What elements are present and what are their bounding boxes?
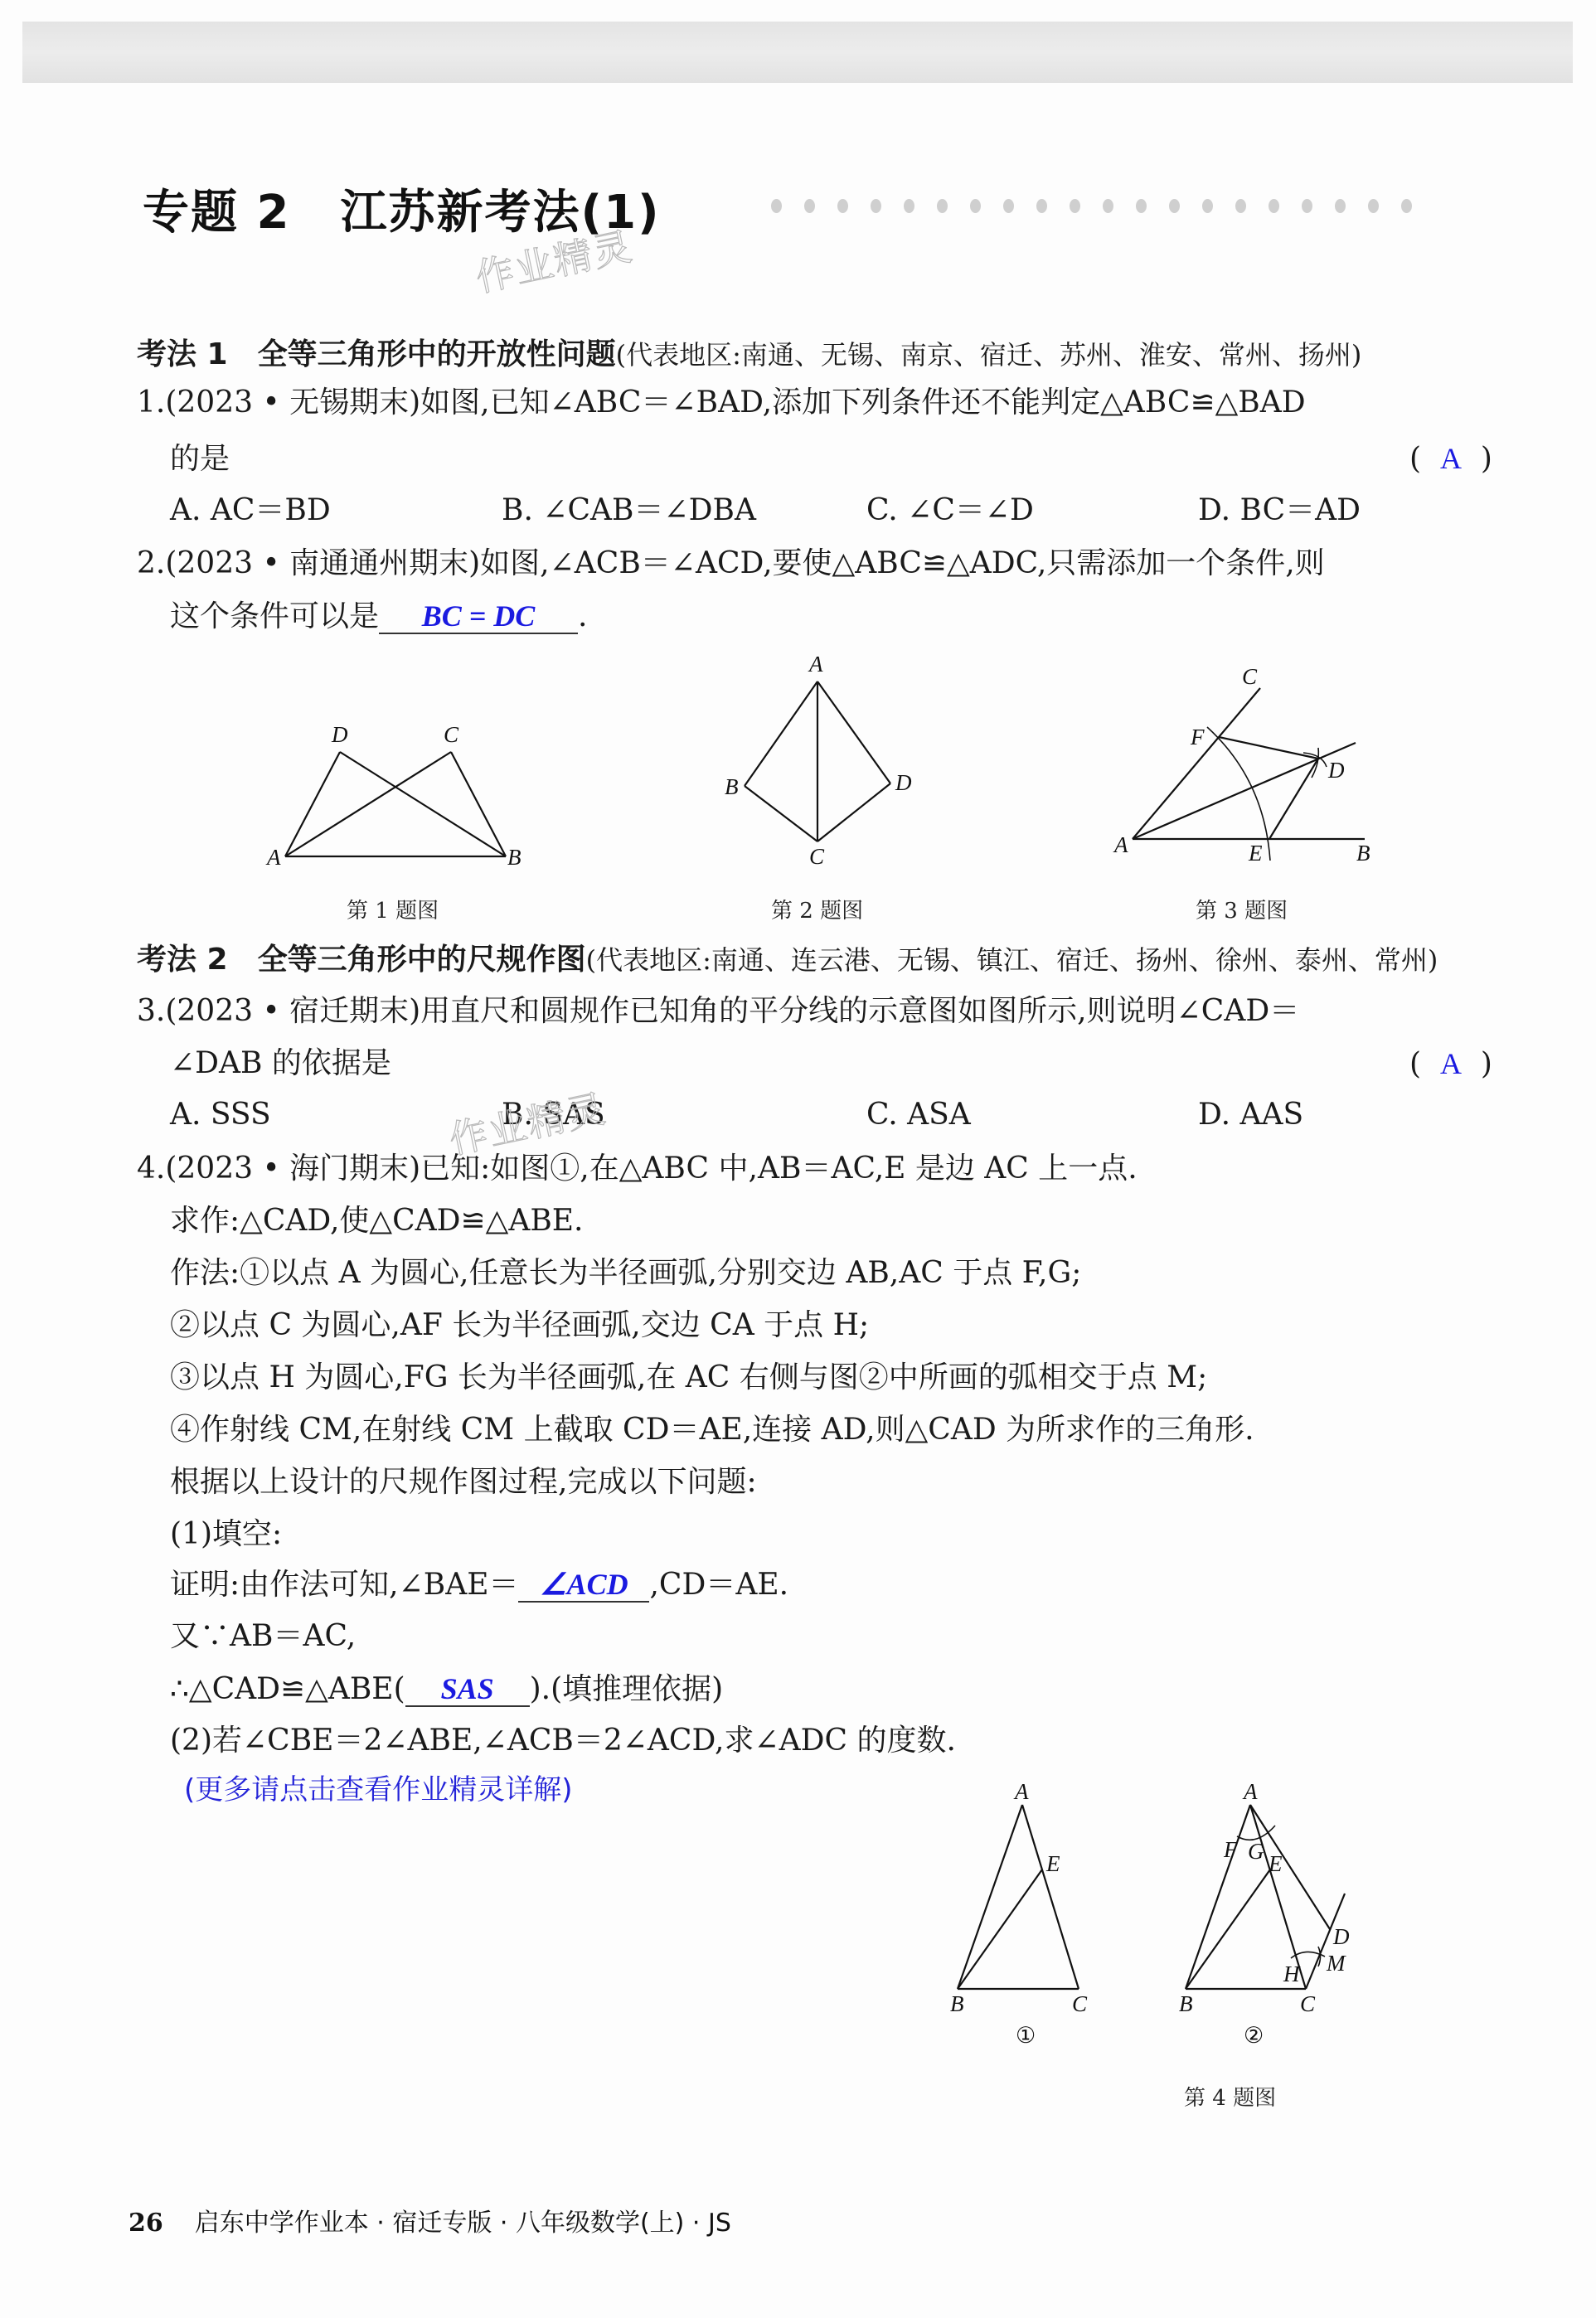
svg-text:①: ① bbox=[1016, 2023, 1036, 2048]
title-dot-decoration bbox=[771, 199, 1412, 213]
q4-step-1: 作法:①以点 A 为圆心,任意长为半径画弧,分别交边 AB,AC 于点 F,G; bbox=[170, 1258, 1081, 1288]
svg-text:E: E bbox=[1268, 1851, 1283, 1876]
svg-text:C: C bbox=[1072, 1991, 1088, 2016]
q4-answer-angle: ∠ACD bbox=[540, 1568, 628, 1601]
q2-stem-cont: 这个条件可以是BC = DC. bbox=[170, 601, 587, 634]
scan-header-band bbox=[22, 22, 1573, 83]
svg-text:B: B bbox=[950, 1991, 964, 2016]
svg-text:M: M bbox=[1326, 1951, 1346, 1976]
page-number: 26 bbox=[129, 2209, 163, 2238]
svg-text:A: A bbox=[808, 652, 823, 676]
q1-answer-box: ( A ) bbox=[1409, 441, 1492, 476]
figure-3: A B C D E F bbox=[1094, 655, 1409, 879]
svg-text:A: A bbox=[1113, 832, 1128, 857]
svg-text:C: C bbox=[1242, 664, 1258, 689]
q3-answer-box: ( A ) bbox=[1409, 1046, 1492, 1081]
figure-4: A B C E ① A B C D E F G H M ② bbox=[929, 1758, 1526, 2089]
q1-option-c: C. ∠C＝∠D bbox=[866, 496, 1034, 526]
svg-text:B: B bbox=[1356, 841, 1370, 866]
q1-stem-cont: 的是 bbox=[170, 444, 230, 474]
svg-text:D: D bbox=[895, 770, 912, 795]
svg-text:E: E bbox=[1045, 1851, 1060, 1876]
section-2-heading: 考法 2 全等三角形中的尺规作图(代表地区:南通、连云港、无锡、镇江、宿迁、扬州… bbox=[137, 945, 1438, 975]
figure-2-caption: 第 2 题图 bbox=[771, 894, 863, 924]
svg-text:A: A bbox=[1242, 1779, 1258, 1804]
figure-1-caption: 第 1 题图 bbox=[347, 894, 439, 924]
svg-text:C: C bbox=[809, 844, 825, 869]
svg-text:B: B bbox=[507, 845, 521, 870]
figure-1: A B C D bbox=[249, 705, 547, 870]
figure-4-caption: 第 4 题图 bbox=[1184, 2081, 1276, 2112]
svg-text:A: A bbox=[265, 845, 281, 870]
q3-option-c: C. ASA bbox=[866, 1100, 971, 1130]
section-1-heading: 考法 1 全等三角形中的开放性问题(代表地区:南通、无锡、南京、宿迁、苏州、淮安… bbox=[137, 340, 1361, 370]
svg-text:B: B bbox=[725, 774, 739, 799]
figure-2: A B C D bbox=[705, 647, 937, 879]
svg-text:D: D bbox=[331, 722, 348, 747]
q3-stem-cont: ∠DAB 的依据是 bbox=[170, 1049, 391, 1079]
svg-text:G: G bbox=[1248, 1839, 1264, 1864]
svg-text:H: H bbox=[1283, 1962, 1301, 1986]
svg-text:D: D bbox=[1332, 1924, 1350, 1949]
q4-prompt: 根据以上设计的尺规作图过程,完成以下问题: bbox=[170, 1467, 757, 1497]
q1-option-b: B. ∠CAB＝∠DBA bbox=[502, 496, 756, 526]
svg-text:E: E bbox=[1248, 841, 1263, 866]
q3-stem: 3.(2023 • 宿迁期末)用直尺和圆规作已知角的平分线的示意图如图所示,则说… bbox=[137, 997, 1299, 1026]
q3-answer: A bbox=[1440, 1047, 1462, 1080]
q4-step-2: ②以点 C 为圆心,AF 长为半径画弧,交边 CA 于点 H; bbox=[170, 1311, 869, 1341]
q4-part2: (2)若∠CBE＝2∠ABE,∠ACB＝2∠ACD,求∠ADC 的度数. bbox=[170, 1726, 956, 1756]
q2-answer: BC = DC bbox=[422, 599, 536, 633]
svg-text:②: ② bbox=[1244, 2023, 1264, 2048]
svg-text:C: C bbox=[444, 722, 459, 747]
q4-step-4: ④作射线 CM,在射线 CM 上截取 CD＝AE,连接 AD,则△CAD 为所求… bbox=[170, 1415, 1254, 1445]
q4-goal: 求作:△CAD,使△CAD≌△ABE. bbox=[170, 1206, 584, 1236]
svg-text:A: A bbox=[1013, 1779, 1029, 1804]
q1-stem: 1.(2023 • 无锡期末)如图,已知∠ABC＝∠BAD,添加下列条件还不能判… bbox=[137, 388, 1306, 418]
q4-part1-label: (1)填空: bbox=[170, 1520, 282, 1549]
svg-text:F: F bbox=[1190, 725, 1205, 749]
svg-text:C: C bbox=[1300, 1991, 1316, 2016]
q4-step-3: ③以点 H 为圆心,FG 长为半径画弧,在 AC 右侧与图②中所画的弧相交于点 … bbox=[170, 1363, 1207, 1393]
q1-option-a: A. AC＝BD bbox=[170, 496, 331, 526]
svg-text:D: D bbox=[1327, 758, 1345, 783]
q4-stem: 4.(2023 • 海门期末)已知:如图①,在△ABC 中,AB＝AC,E 是边… bbox=[137, 1154, 1138, 1184]
svg-text:F: F bbox=[1223, 1837, 1238, 1862]
q2-stem: 2.(2023 • 南通通州期末)如图,∠ACB＝∠ACD,要使△ABC≌△AD… bbox=[137, 549, 1325, 579]
topic-number: 专题 2 bbox=[143, 186, 290, 240]
book-title: 启东中学作业本 · 宿迁专版 · 八年级数学(上) · JS bbox=[195, 2209, 731, 2238]
q1-answer: A bbox=[1440, 442, 1462, 475]
more-details-link[interactable]: (更多请点击查看作业精灵详解) bbox=[184, 1776, 573, 1804]
q4-proof-line-3: ∴△CAD≌△ABE(SAS).(填推理依据) bbox=[170, 1674, 723, 1707]
q4-answer-reason: SAS bbox=[441, 1672, 494, 1705]
page-footer: 26启东中学作业本 · 宿迁专版 · 八年级数学(上) · JS bbox=[129, 2202, 731, 2238]
svg-text:B: B bbox=[1179, 1991, 1193, 2016]
q4-proof-line-1: 证明:由作法可知,∠BAE＝∠ACD,CD＝AE. bbox=[170, 1569, 788, 1603]
q3-option-a: A. SSS bbox=[170, 1100, 271, 1130]
q1-option-d: D. BC＝AD bbox=[1198, 496, 1361, 526]
q3-option-d: D. AAS bbox=[1198, 1100, 1303, 1130]
figure-3-caption: 第 3 题图 bbox=[1196, 894, 1288, 924]
q4-proof-line-2: 又∵AB＝AC, bbox=[170, 1622, 356, 1651]
